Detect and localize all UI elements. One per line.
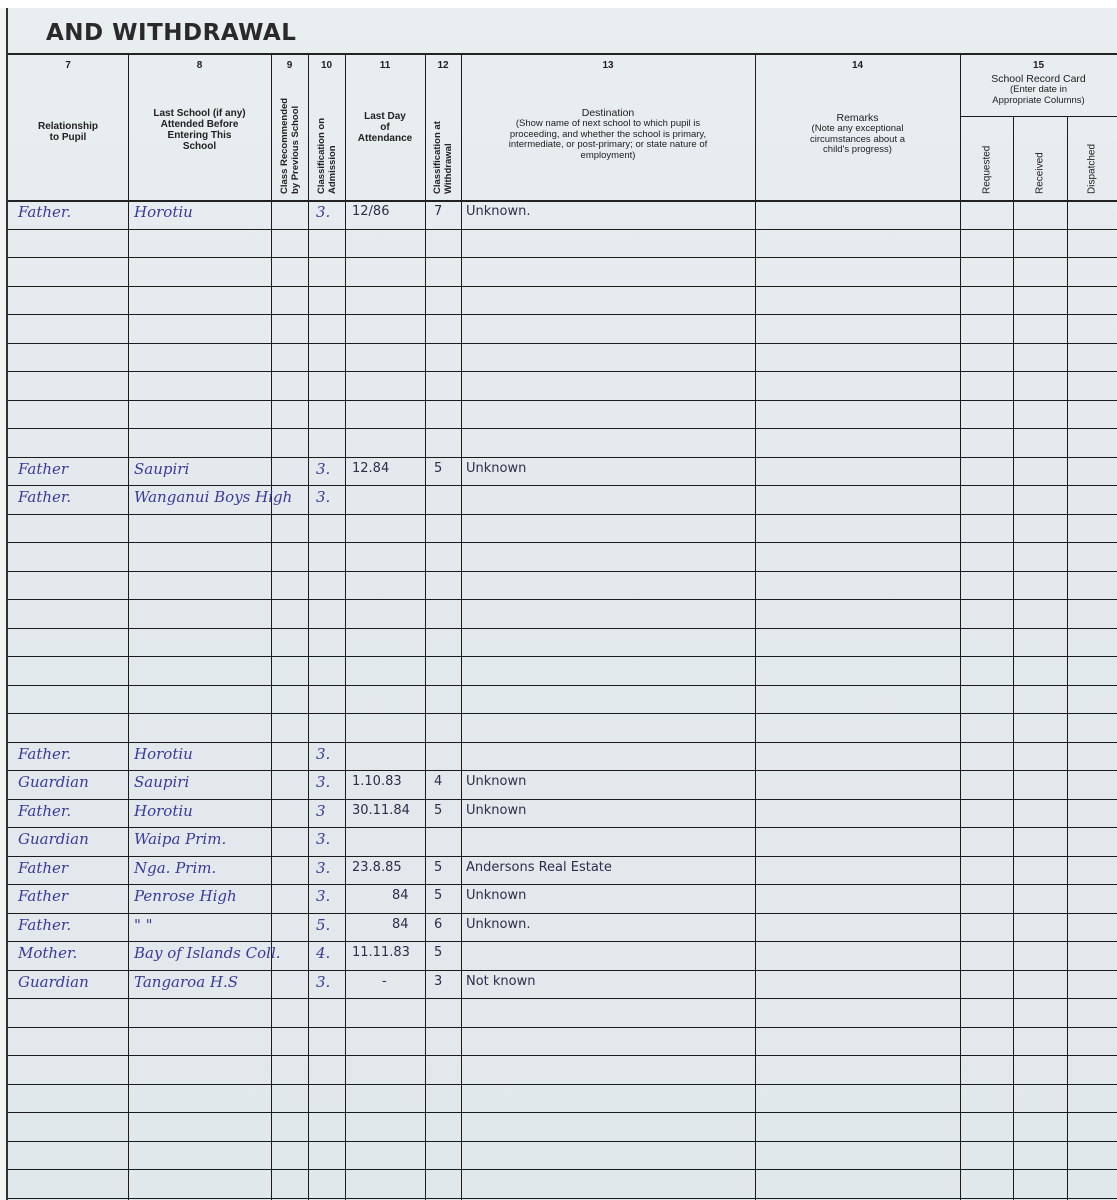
cell-last-school: Saupiri — [134, 768, 189, 796]
row-rule — [8, 913, 1117, 914]
col-header-class-admission: 10 Classification on Admission — [308, 56, 345, 200]
cell-last-day: 12/86 — [352, 198, 389, 226]
row-rule — [8, 514, 1117, 515]
cell-class-withdrawal: 3 — [434, 968, 442, 996]
row-rule — [8, 713, 1117, 714]
cell-class-admission: 3. — [316, 854, 330, 882]
cell-destination: Unknown — [466, 768, 526, 796]
cell-class-admission: 3. — [316, 768, 330, 796]
row-rule — [8, 1198, 1117, 1199]
col-divider — [1067, 116, 1068, 1200]
row-rule — [8, 628, 1117, 629]
cell-relationship: Father — [18, 455, 68, 483]
col-header-remarks: 14 Remarks (Note any exceptional circums… — [755, 56, 960, 200]
row-rule — [8, 542, 1117, 543]
cell-last-school: " " — [134, 911, 153, 939]
cell-class-admission: 4. — [316, 939, 330, 967]
cell-relationship: Guardian — [18, 968, 89, 996]
cell-last-day: - — [382, 968, 387, 996]
cell-class-withdrawal: 5 — [434, 455, 442, 483]
cell-class-withdrawal: 5 — [434, 939, 442, 967]
row-rule — [8, 229, 1117, 230]
cell-destination: Andersons Real Estate — [466, 854, 612, 882]
cell-class-withdrawal: 7 — [434, 198, 442, 226]
cell-last-school: Nga. Prim. — [134, 854, 216, 882]
cell-last-day: 12.84 — [352, 455, 389, 483]
row-rule — [8, 1169, 1117, 1170]
cell-class-admission: 3. — [316, 968, 330, 996]
row-rule — [8, 371, 1117, 372]
row-rule — [8, 314, 1117, 315]
col-header-destination: 13 Destination (Show name of next school… — [461, 56, 755, 200]
cell-class-admission: 3. — [316, 483, 330, 511]
col-header-received: Received — [1013, 117, 1067, 200]
col-header-class-withdrawal: 12 Classification at Withdrawal — [425, 56, 461, 200]
cell-relationship: Father. — [18, 483, 71, 511]
cell-last-school: Wanganui Boys High — [134, 483, 292, 511]
row-rule — [8, 400, 1117, 401]
cell-class-withdrawal: 5 — [434, 882, 442, 910]
cell-last-school: Saupiri — [134, 455, 189, 483]
row-rule — [8, 257, 1117, 258]
cell-destination: Unknown — [466, 882, 526, 910]
col-header-class-recommended: 9 Class Recommended by Previous School — [271, 56, 308, 200]
cell-class-withdrawal: 5 — [434, 854, 442, 882]
row-rule — [8, 1055, 1117, 1056]
cell-last-school: Penrose High — [134, 882, 237, 910]
cell-last-day: 1.10.83 — [352, 768, 402, 796]
row-rule — [8, 1141, 1117, 1142]
register-table: 7 Relationship to Pupil 8 Last School (i… — [0, 0, 1117, 1200]
cell-relationship: Father. — [18, 198, 71, 226]
cell-destination: Unknown. — [466, 911, 530, 939]
cell-last-day: 30.11.84 — [352, 797, 410, 825]
cell-last-day: 84 — [392, 911, 409, 939]
cell-last-school: Horotiu — [134, 198, 193, 226]
col-divider — [1013, 116, 1014, 1200]
row-rule — [8, 685, 1117, 686]
cell-last-day: 11.11.83 — [352, 939, 410, 967]
cell-destination: Unknown. — [466, 198, 530, 226]
cell-last-day: 84 — [392, 882, 409, 910]
cell-last-day: 23.8.85 — [352, 854, 402, 882]
row-rule — [8, 571, 1117, 572]
col-header-last-school: 8 Last School (if any) Attended Before E… — [128, 56, 271, 200]
cell-destination: Unknown — [466, 797, 526, 825]
row-rule — [8, 1112, 1117, 1113]
cell-destination: Unknown — [466, 455, 526, 483]
cell-last-school: Tangaroa H.S — [134, 968, 238, 996]
col-header-dispatched: Dispatched — [1067, 117, 1117, 200]
cell-class-withdrawal: 4 — [434, 768, 442, 796]
row-rule — [8, 428, 1117, 429]
header-top-rule — [8, 53, 1117, 55]
col-header-relationship: 7 Relationship to Pupil — [8, 56, 128, 200]
cell-relationship: Father — [18, 854, 68, 882]
cell-last-school: Horotiu — [134, 740, 193, 768]
cell-class-withdrawal: 5 — [434, 797, 442, 825]
row-rule — [8, 343, 1117, 344]
row-rule — [8, 1084, 1117, 1085]
cell-relationship: Mother. — [18, 939, 77, 967]
cell-relationship: Father — [18, 882, 68, 910]
cell-class-admission: 3. — [316, 825, 330, 853]
row-rule — [8, 1027, 1117, 1028]
cell-last-school: Bay of Islands Coll. — [134, 939, 281, 967]
cell-relationship: Father. — [18, 911, 71, 939]
row-rule — [8, 286, 1117, 287]
cell-relationship: Guardian — [18, 768, 89, 796]
cell-relationship: Father. — [18, 797, 71, 825]
row-rule — [8, 998, 1117, 999]
cell-class-admission: 3 — [316, 797, 326, 825]
cell-class-admission: 3. — [316, 740, 330, 768]
cell-relationship: Guardian — [18, 825, 89, 853]
cell-destination: Not known — [466, 968, 536, 996]
cell-class-admission: 3. — [316, 198, 330, 226]
cell-last-school: Horotiu — [134, 797, 193, 825]
cell-class-admission: 3. — [316, 455, 330, 483]
row-rule — [8, 599, 1117, 600]
cell-class-withdrawal: 6 — [434, 911, 442, 939]
cell-relationship: Father. — [18, 740, 71, 768]
col-header-school-record-card: 15 School Record Card (Enter date in App… — [960, 56, 1117, 116]
cell-last-school: Waipa Prim. — [134, 825, 226, 853]
cell-class-admission: 3. — [316, 882, 330, 910]
col-header-last-day: 11 Last Day of Attendance — [345, 56, 425, 200]
row-rule — [8, 656, 1117, 657]
col-header-requested: Requested — [960, 117, 1013, 200]
cell-class-admission: 5. — [316, 911, 330, 939]
